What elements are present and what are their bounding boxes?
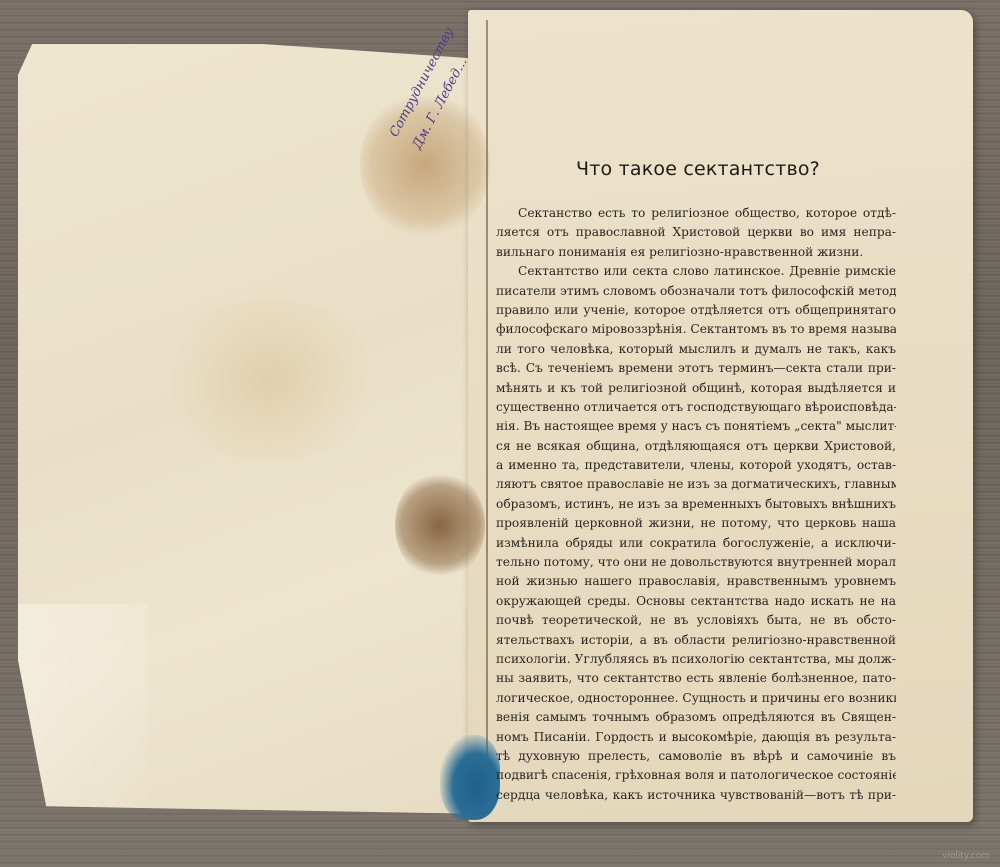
text-line: правило или ученіе, которое отдѣляется о…: [496, 301, 896, 320]
text-line: почвѣ теоретической, не въ условіяхъ быт…: [496, 611, 896, 630]
water-stain-middle: [395, 470, 485, 580]
text-line: логическое, одностороннее. Сущность и пр…: [496, 689, 896, 708]
text-line: сердца человѣка, какъ источника чувствов…: [496, 786, 896, 805]
text-line: ся не всякая община, отдѣляющаяся отъ це…: [496, 437, 896, 456]
document-text-block: Что такое сектантство? Сектанство есть т…: [496, 158, 896, 805]
text-line: существенно отличается отъ господствующа…: [496, 398, 896, 417]
blue-ink-stain: [440, 735, 500, 820]
text-line: ляютъ святое православіе не изъ за догма…: [496, 475, 896, 494]
text-line: вильнаго пониманія ея религіозно-нравств…: [496, 243, 896, 262]
text-line: измѣнила обряды или сократила богослужен…: [496, 534, 896, 553]
text-line: а именно та, представители, члены, котор…: [496, 456, 896, 475]
text-line: писатели этимъ словомъ обозначали тотъ ф…: [496, 282, 896, 301]
text-line: тѣ духовную прелесть, самоволіе въ вѣрѣ …: [496, 747, 896, 766]
text-line: тельно потому, что они не довольствуются…: [496, 553, 896, 572]
text-line: мѣнять и къ той религіозной общинѣ, кото…: [496, 379, 896, 398]
text-line: Сектантство или секта слово латинское. Д…: [496, 262, 896, 281]
text-line: всѣ. Съ теченіемъ времени этотъ терминъ—…: [496, 359, 896, 378]
text-line: венія самымъ точнымъ образомъ опредѣляют…: [496, 708, 896, 727]
text-line: номъ Писаніи. Гордость и высокомѣріе, да…: [496, 728, 896, 747]
text-line: проявленій церковной жизни, не потому, ч…: [496, 514, 896, 533]
text-line: психологіи. Углубляясь въ психологію сек…: [496, 650, 896, 669]
watermark: violity.com: [942, 851, 990, 861]
text-line: окружающей среды. Основы сектантства над…: [496, 592, 896, 611]
text-line: ляется отъ православной Христовой церкви…: [496, 223, 896, 242]
faint-stain: [150, 300, 390, 460]
text-line: образомъ, истинъ, не изъ за временныхъ б…: [496, 495, 896, 514]
paragraph-2: Сектантство или секта слово латинское. Д…: [496, 262, 896, 805]
text-line: ятельствахъ исторіи, а въ области религі…: [496, 631, 896, 650]
text-line: философскаго міровоззрѣнія. Сектантомъ в…: [496, 320, 896, 339]
paragraph-1: Сектанство есть то религіозное общество,…: [496, 204, 896, 262]
text-line: ны заявить, что сектантство есть явленіе…: [496, 669, 896, 688]
text-line: ли того человѣка, который мыслилъ и дума…: [496, 340, 896, 359]
text-line: подвигѣ спасенія, грѣховная воля и патол…: [496, 766, 896, 785]
text-line: Сектанство есть то религіозное общество,…: [496, 204, 896, 223]
page-title: Что такое сектантство?: [496, 158, 896, 180]
text-line: ной жизнью нашего православія, нравствен…: [496, 572, 896, 591]
text-line: нія. Въ настоящее время у насъ съ поняті…: [496, 417, 896, 436]
